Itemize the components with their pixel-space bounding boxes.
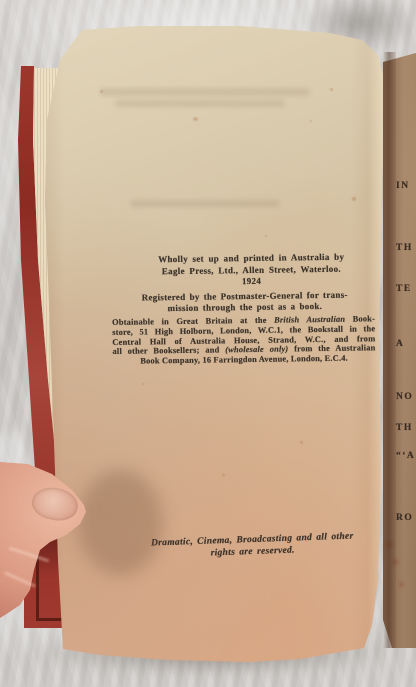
foxing-spot — [100, 90, 103, 93]
facing-page-text-fragment: A — [396, 339, 404, 349]
foxing-spot — [352, 197, 356, 201]
facing-page-text-fragment: TH — [396, 243, 413, 253]
foxing-spot — [330, 88, 333, 91]
facing-page-text-fragment: “‘A — [396, 451, 415, 461]
availability-italic: British Australian — [274, 315, 345, 325]
thumb-cast-shadow — [78, 470, 163, 575]
facing-page-text-fragment: TH — [396, 423, 413, 433]
show-through-text — [100, 88, 310, 96]
foxing-spot — [310, 120, 312, 122]
facing-page-text-fragment: TE — [396, 284, 412, 294]
show-through-text — [115, 100, 285, 107]
show-through-text — [130, 200, 280, 207]
availability-text: Book Company, 16 Farringdon Avenue, Lond… — [140, 354, 348, 366]
photo-scene: IN TH TE A NO TH “‘A RO Wholly set up an… — [0, 0, 416, 687]
stain — [399, 582, 404, 587]
availability-text: all other Booksellers; and — [112, 346, 225, 357]
facing-page-text-fragment: NO — [396, 392, 413, 402]
foxing-spot — [222, 474, 225, 476]
foxing-spot — [300, 441, 303, 444]
availability-notice: Obtainable in Great Britain at the Briti… — [112, 314, 376, 367]
foxing-spot — [142, 383, 144, 385]
availability-text: Book- — [345, 314, 375, 323]
foxing-spot — [193, 117, 198, 121]
availability-text: from the Australian — [288, 344, 375, 354]
registration-notice: Registered by the Postmaster-General for… — [120, 289, 370, 314]
foxing-spot — [265, 235, 267, 237]
colophon: Wholly set up and printed in Australia b… — [126, 251, 376, 289]
facing-page-text-fragment: RO — [396, 513, 413, 523]
facing-page-text-fragment: IN — [396, 181, 410, 191]
imprint-page: Wholly set up and printed in Australia b… — [40, 25, 385, 665]
availability-italic: (wholesale only) — [225, 345, 288, 355]
gutter-shadow — [383, 52, 396, 648]
